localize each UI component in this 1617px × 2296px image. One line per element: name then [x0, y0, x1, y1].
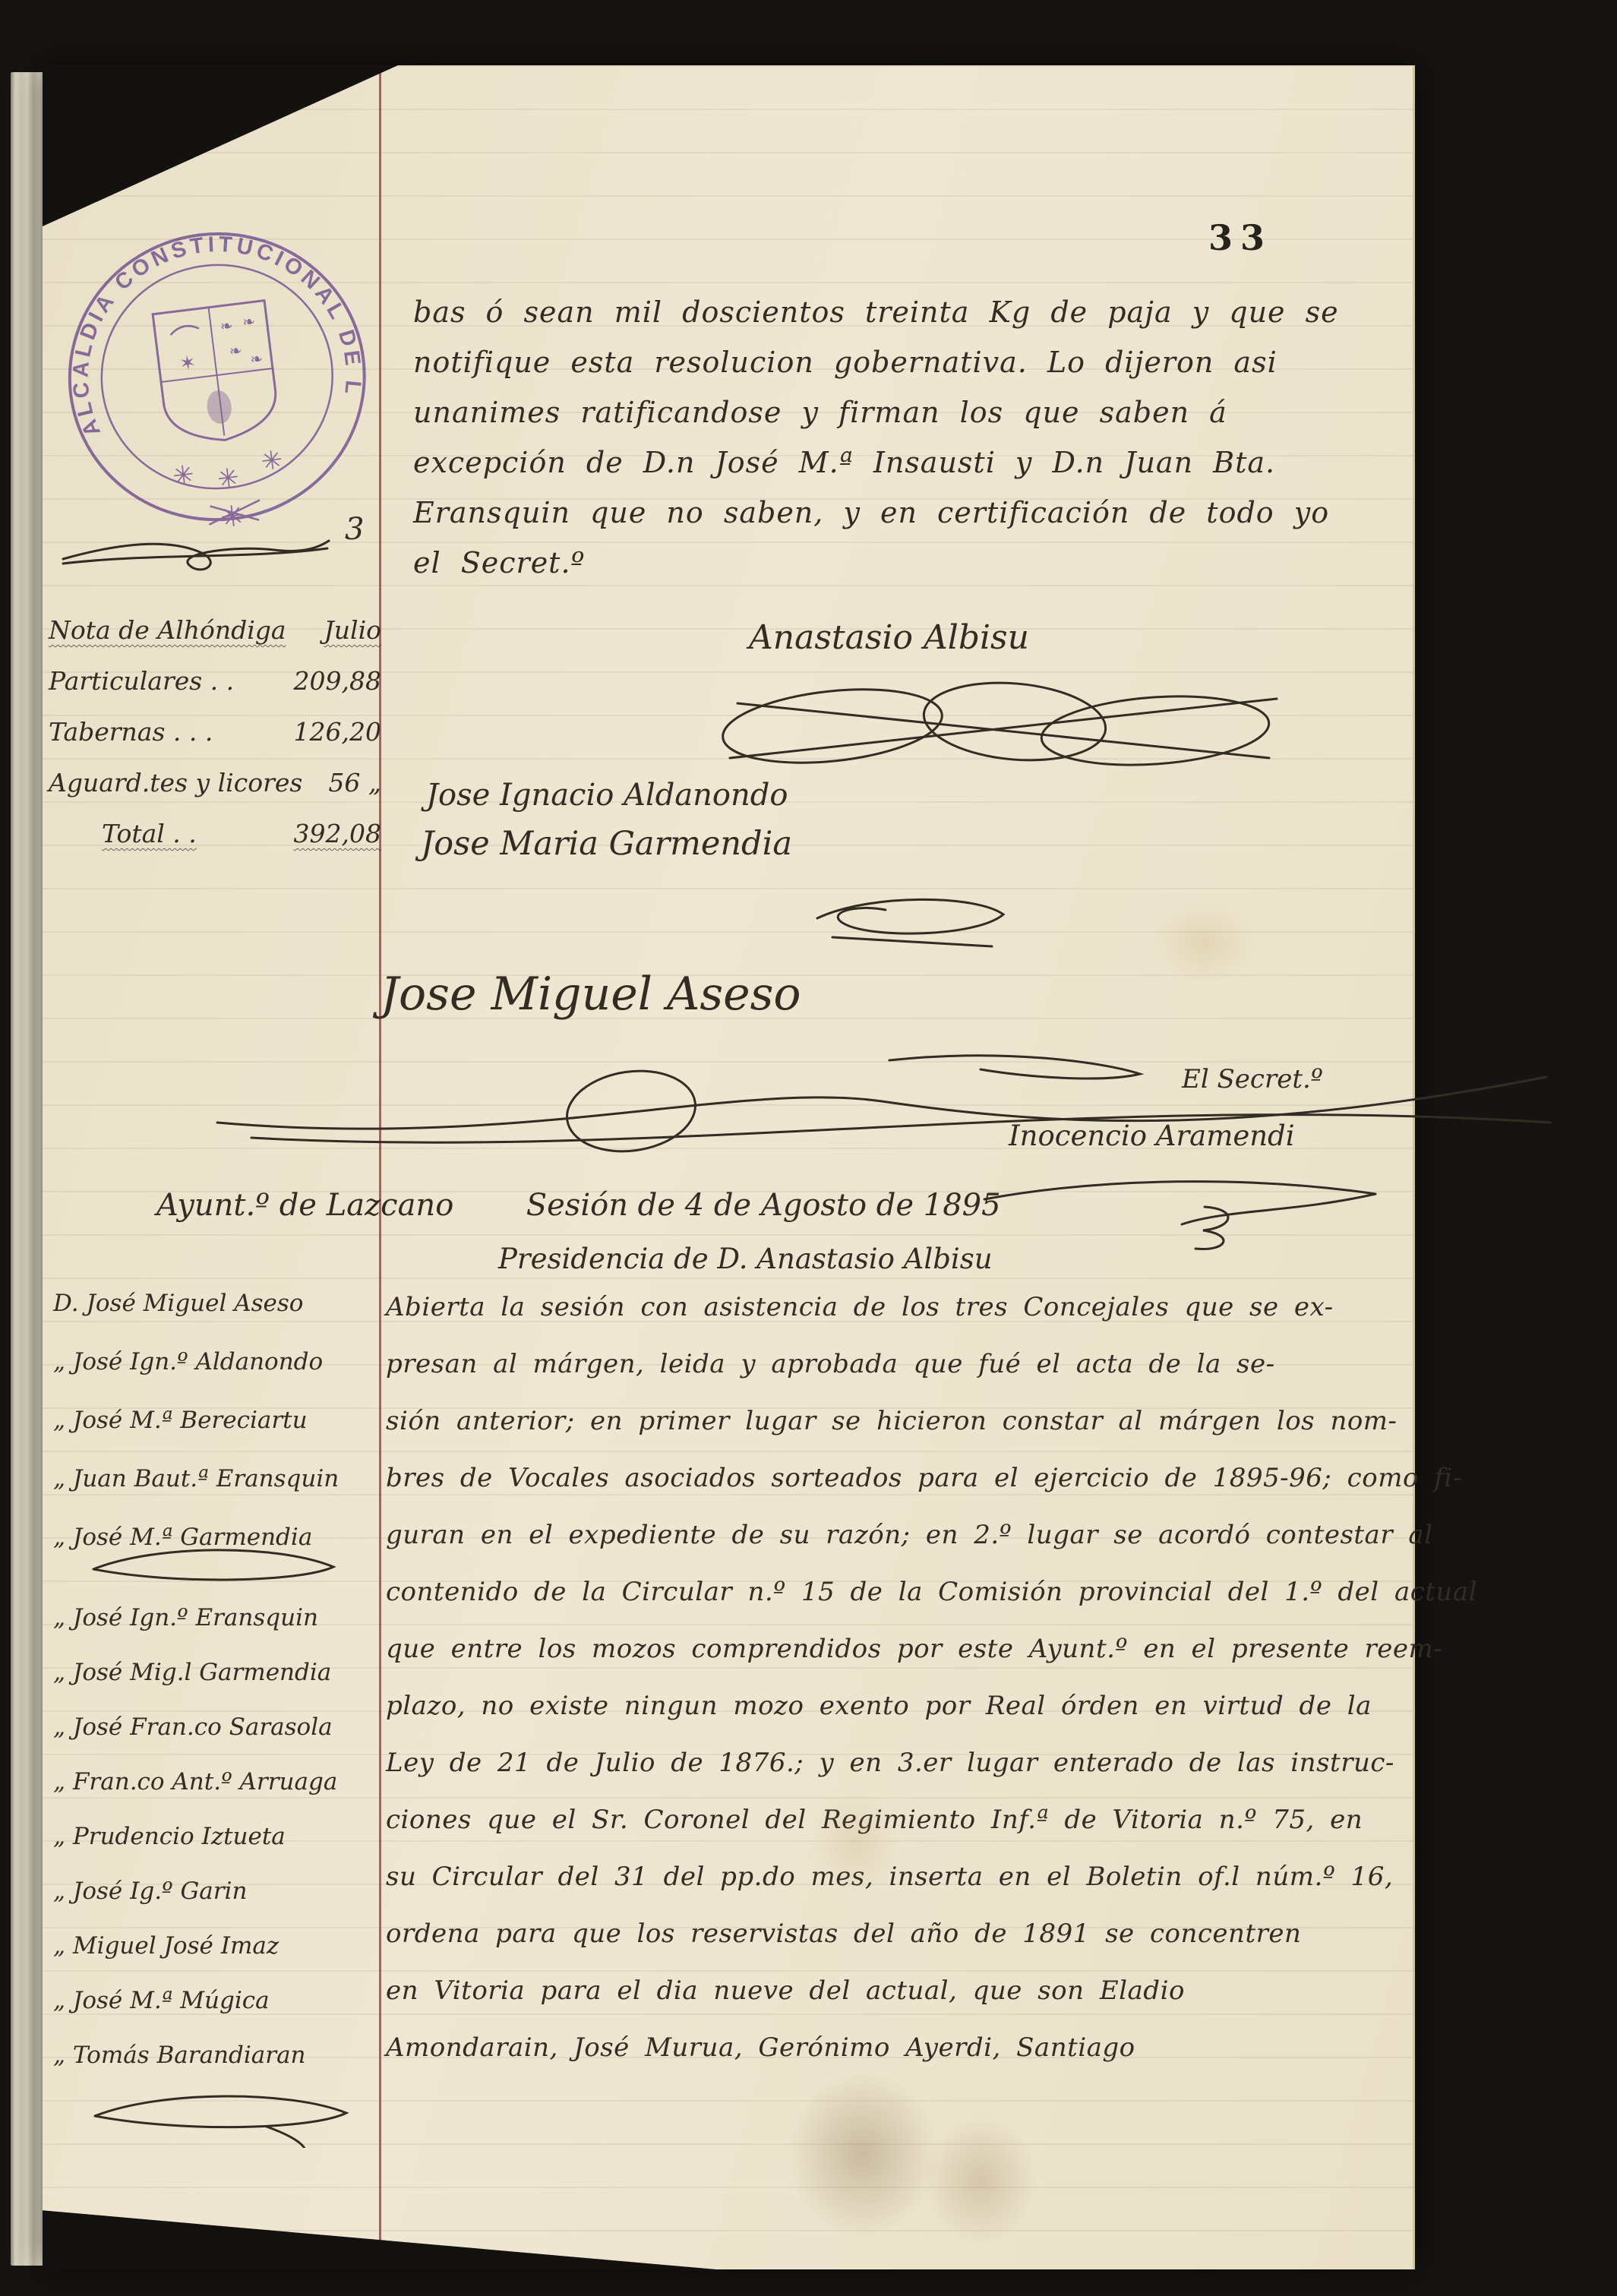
- alhondiga-row: Tabernas . . . 126,20: [49, 706, 381, 757]
- svg-text:❧: ❧: [228, 341, 243, 361]
- attendee-name: „ Juan Baut.ª Eransquin: [53, 1450, 381, 1508]
- text-line: ordena para que los reservistas del año …: [386, 1906, 1426, 1963]
- attendee-name: „ José M.ª Bereciartu: [53, 1391, 381, 1450]
- attendee-name: „ Fran.co Ant.º Arruaga: [53, 1754, 381, 1809]
- signature-albisu: Anastasio Albisu: [749, 618, 1029, 657]
- manuscript-page: 33 ALCALDIA CONSTITUCIONAL DE LAZCANO: [43, 65, 1415, 2269]
- attendees-divider-flourish: [84, 1535, 346, 1592]
- alhondiga-row-value: 126,20: [294, 706, 381, 757]
- paper-stain: [924, 2116, 1037, 2245]
- attendee-name: „ José Ig.º Garin: [53, 1864, 381, 1919]
- text-line: presan al márgen, leida y aprobada que f…: [386, 1336, 1426, 1393]
- alhondiga-row-label: Aguard.tes y licores: [49, 757, 302, 808]
- text-line: contenido de la Circular n.º 15 de la Co…: [386, 1564, 1426, 1621]
- alhondiga-total-value: 392,08: [294, 808, 381, 859]
- attendee-name: „ Prudencio Iztueta: [53, 1809, 381, 1864]
- text-line: Abierta la sesión con asistencia de los …: [386, 1279, 1426, 1336]
- text-line: Ley de 21 de Julio de 1876.; y en 3.er l…: [386, 1735, 1426, 1792]
- session-presidency: Presidencia de D. Anastasio Albisu: [498, 1243, 993, 1275]
- stamp-seal-icon: ALCALDIA CONSTITUCIONAL DE LAZCANO ✶ ❧ ❧…: [38, 199, 397, 558]
- attendee-name: „ Miguel José Imaz: [53, 1919, 381, 1973]
- paper-stain: [787, 2070, 939, 2238]
- signature-aseso: Jose Miguel Aseso: [381, 968, 801, 1021]
- text-line: su Circular del 31 del pp.do mes, insert…: [386, 1849, 1426, 1906]
- signature-garmendia-flourish: [802, 884, 1030, 956]
- signature-aramendi-flourish: [977, 1165, 1394, 1260]
- text-line: unanimes ratificandose y firman los que …: [413, 387, 1423, 437]
- svg-text:✳: ✳: [259, 444, 284, 477]
- alhondiga-note: Nota de Alhóndiga Julio Particulares . .…: [49, 605, 381, 859]
- svg-text:ALCALDIA CONSTITUCIONAL DE LAZ: ALCALDIA CONSTITUCIONAL DE LAZCANO: [38, 199, 370, 444]
- attendee-name: „ José Mig.l Garmendia: [53, 1645, 381, 1700]
- alhondiga-row: Aguard.tes y licores 56 „: [49, 757, 381, 808]
- alhondiga-title-label: Nota de Alhóndiga: [49, 605, 286, 655]
- alhondiga-row-value: 56 „: [328, 757, 381, 808]
- text-line: excepción de D.n José M.ª Insausti y D.n…: [413, 437, 1423, 488]
- alhondiga-total-label: Total . .: [102, 808, 197, 859]
- alhondiga-title: Nota de Alhóndiga Julio: [49, 605, 381, 655]
- scanned-document-photo: 33 ALCALDIA CONSTITUCIONAL DE LAZCANO: [0, 0, 1617, 2296]
- text-line: en Vitoria para el dia nueve del actual,…: [386, 1963, 1426, 2020]
- alhondiga-row: Particulares . . 209,88: [49, 655, 381, 706]
- text-line: plazo, no existe ningun mozo exento por …: [386, 1678, 1426, 1735]
- text-line: el Secret.º: [413, 538, 1423, 588]
- attendee-name: „ José Ign.º Eransquin: [53, 1590, 381, 1645]
- attendee-name: „ José Ign.º Aldanondo: [53, 1333, 381, 1391]
- text-line: Eransquin que no saben, y en certificaci…: [413, 488, 1423, 538]
- attendees-end-flourish: [84, 2080, 362, 2148]
- stamp-ring-text: ALCALDIA CONSTITUCIONAL DE LAZCANO: [38, 199, 370, 444]
- svg-text:✶: ✶: [178, 351, 197, 375]
- alhondiga-row-label: Tabernas . . .: [49, 706, 213, 757]
- svg-text:❧: ❧: [219, 316, 234, 336]
- attendee-name: „ Tomás Barandiaran: [53, 2028, 381, 2083]
- text-line: ciones que el Sr. Coronel del Regimiento…: [386, 1792, 1426, 1849]
- paper-stain: [1151, 901, 1258, 984]
- margin-rubric-flourish: [54, 520, 346, 592]
- attendee-name: „ José Fran.co Sarasola: [53, 1700, 381, 1754]
- text-line: Amondarain, José Murua, Gerónimo Ayerdi,…: [386, 2020, 1426, 2077]
- alhondiga-total-row: Total . . 392,08: [49, 808, 381, 859]
- alhondiga-month: Julio: [324, 605, 381, 655]
- signature-garmendia: Jose Maria Garmendia: [421, 825, 792, 863]
- stamp-coat-of-arms: [153, 301, 280, 447]
- session-heading-date: Sesión de 4 de Agosto de 1895: [526, 1188, 1001, 1223]
- text-line: sión anterior; en primer lugar se hicier…: [386, 1393, 1426, 1450]
- stamp-charges: ✶ ❧ ❧ ❧ ❧: [174, 311, 270, 428]
- signature-aseso-flourish: [206, 1047, 1558, 1168]
- signature-aramendi: Inocencio Aramendi: [1009, 1120, 1295, 1152]
- text-line: guran en el expediente de su razón; en 2…: [386, 1507, 1426, 1564]
- text-line: bas ó sean mil doscientos treinta Kg de …: [413, 287, 1423, 337]
- attendee-name: D. José Miguel Aseso: [53, 1274, 381, 1333]
- municipal-stamp: ALCALDIA CONSTITUCIONAL DE LAZCANO ✶ ❧ ❧…: [38, 199, 397, 558]
- intro-paragraph: bas ó sean mil doscientos treinta Kg de …: [413, 287, 1423, 588]
- alhondiga-row-label: Particulares . .: [49, 655, 234, 706]
- svg-text:❧: ❧: [242, 311, 257, 331]
- text-line: bres de Vocales asociados sorteados para…: [386, 1450, 1426, 1507]
- alhondiga-rows: Particulares . . 209,88 Tabernas . . . 1…: [49, 655, 381, 808]
- text-line: notifique esta resolucion gobernativa. L…: [413, 337, 1423, 387]
- signature-aldanondo: Jose Ignacio Aldanondo: [426, 778, 788, 813]
- minutes-body: Abierta la sesión con asistencia de los …: [386, 1279, 1426, 2077]
- svg-text:❧: ❧: [249, 349, 264, 369]
- attendees-list-2: „ José Ign.º Eransquin„ José Mig.l Garme…: [53, 1590, 381, 2083]
- session-heading-ayuntamiento: Ayunt.º de Lazcano: [156, 1188, 453, 1223]
- session-heading: Ayunt.º de Lazcano Sesión de 4 de Agosto…: [156, 1188, 1001, 1223]
- page-number: 33: [1208, 217, 1272, 258]
- alhondiga-row-value: 209,88: [294, 655, 381, 706]
- margin-mark: 3: [345, 512, 364, 547]
- secretary-title: El Secret.º: [1182, 1064, 1323, 1094]
- svg-text:✳: ✳: [216, 463, 241, 495]
- text-line: que entre los mozos comprendidos por est…: [386, 1621, 1426, 1678]
- attendee-name: „ José M.ª Múgica: [53, 1973, 381, 2028]
- attendees-list-1: D. José Miguel Aseso„ José Ign.º Aldanon…: [53, 1274, 381, 1567]
- book-binding-page-edges: [11, 72, 44, 2266]
- signature-albisu-flourish: [711, 673, 1296, 783]
- svg-text:✳: ✳: [171, 460, 196, 492]
